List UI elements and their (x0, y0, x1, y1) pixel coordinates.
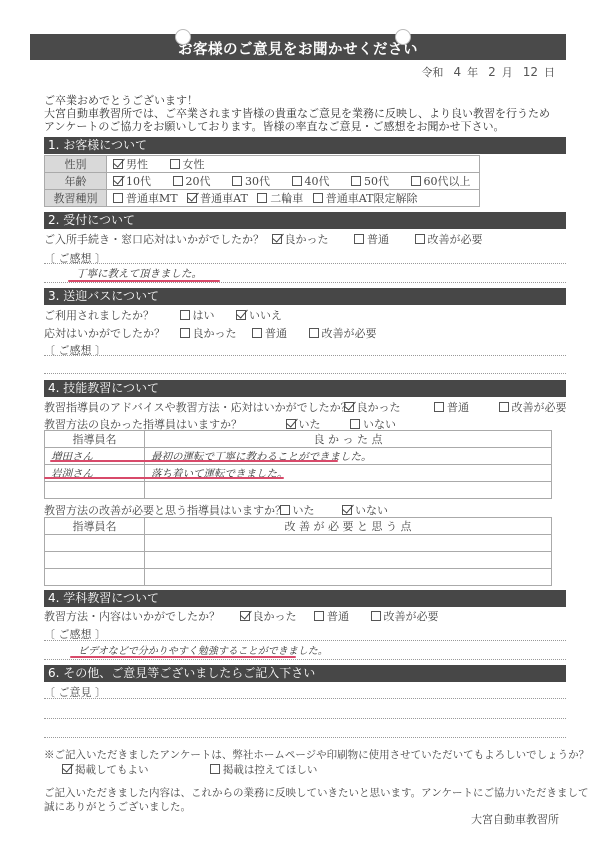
improve-instructor-option-yes[interactable]: いた (280, 502, 315, 518)
age-row: 年齢 10代 20代 30代 40代 50代 60代以上 (45, 173, 480, 190)
course-type-label: 教習種別 (45, 190, 107, 207)
bus-usage-question: ご利用されましたか？ (44, 307, 176, 323)
option-label: 改善が必要 (512, 401, 567, 414)
closing-line: ご記入いただきました内容は、これからの業務に反映していきたいと思います。アンケー… (44, 786, 589, 800)
option-label: 二輪車 (270, 192, 303, 205)
instructor-name-cell[interactable] (45, 535, 145, 552)
classroom-option-good[interactable]: 良かった (240, 608, 297, 624)
bus-service-option-good[interactable]: 良かった (180, 325, 237, 341)
classroom-option-normal[interactable]: 普通 (314, 608, 349, 624)
table-header-row: 指導員名 改 善 が 必 要 と 思 う 点 (45, 518, 552, 535)
instructor-advice-option-needs-improvement[interactable]: 改善が必要 (499, 399, 567, 415)
course-option-motorcycle[interactable]: 二輪車 (257, 190, 303, 206)
form-title: お客様のご意見をお聞かせください (30, 38, 566, 59)
instructor-advice-question: 教習指導員のアドバイスや教習方法・応対はいかがでしたか？ (44, 399, 340, 415)
checkbox-icon[interactable] (257, 193, 267, 203)
column-header-instructor: 指導員名 (45, 518, 145, 535)
checkbox-checked-icon[interactable] (342, 505, 352, 515)
section-other-opinions-header: 6. その他、ご意見等ございましたらご記入下さい (44, 665, 566, 682)
option-label: いない (355, 504, 388, 517)
checkbox-icon[interactable] (180, 328, 190, 338)
checkbox-icon[interactable] (173, 176, 183, 186)
table-row (45, 535, 552, 552)
table-row (45, 482, 552, 499)
date-month-value[interactable]: 2 (488, 65, 496, 79)
option-label: 60代以上 (424, 175, 471, 188)
course-option-at[interactable]: 普通車AT (187, 190, 248, 206)
bus-service-question: 応対はいかがでしたか？ (44, 325, 176, 341)
checkbox-icon[interactable] (113, 193, 123, 203)
checkbox-icon[interactable] (210, 764, 220, 774)
comment-line (44, 263, 566, 264)
age-option-10s[interactable]: 10代 (113, 173, 151, 189)
checkbox-icon[interactable] (252, 328, 262, 338)
checkbox-checked-icon[interactable] (113, 159, 123, 169)
option-label: いた (293, 504, 315, 517)
instructor-name-cell[interactable] (45, 482, 145, 499)
checkbox-icon[interactable] (434, 402, 444, 412)
course-option-mt[interactable]: 普通車MT (113, 190, 178, 206)
checkbox-icon[interactable] (313, 193, 323, 203)
instructor-advice-option-good[interactable]: 良かった (344, 399, 401, 415)
reception-comment[interactable]: 丁寧に教えて頂きました。 (76, 266, 202, 281)
closing-message: ご記入いただきました内容は、これからの業務に反映していきたいと思います。アンケー… (44, 786, 589, 814)
bus-usage-option-no[interactable]: いいえ (236, 307, 282, 323)
option-label: 良かった (357, 401, 401, 414)
date-day-value[interactable]: 12 (523, 65, 538, 79)
option-label: 普通 (367, 233, 389, 246)
column-header-instructor: 指導員名 (45, 431, 145, 448)
checkbox-icon[interactable] (415, 234, 425, 244)
punch-hole-right (395, 29, 411, 45)
comment-line (44, 718, 566, 719)
option-label: 改善が必要 (322, 327, 377, 340)
checkbox-icon[interactable] (180, 310, 190, 320)
table-row (45, 569, 552, 586)
instructor-name-cell[interactable] (45, 569, 145, 586)
option-label: 普通車AT (200, 192, 248, 205)
option-label: 40代 (305, 175, 330, 188)
school-signature: 大宮自動車教習所 (471, 811, 559, 827)
classroom-question: 教習方法・内容はいかがでしたか？ (44, 608, 236, 624)
checkbox-checked-icon[interactable] (240, 611, 250, 621)
option-label: 50代 (364, 175, 389, 188)
date-era: 令和 (421, 64, 443, 80)
checkbox-icon[interactable] (371, 611, 381, 621)
option-label: 改善が必要 (384, 610, 439, 623)
checkbox-icon[interactable] (411, 176, 421, 186)
good-point-cell[interactable] (145, 482, 552, 499)
column-header-good-points: 良 か っ た 点 (145, 431, 552, 448)
checkbox-icon[interactable] (292, 176, 302, 186)
option-label: 20代 (186, 175, 211, 188)
checkbox-icon[interactable] (354, 234, 364, 244)
reception-option-good[interactable]: 良かった (272, 231, 329, 247)
checkbox-checked-icon[interactable] (187, 193, 197, 203)
option-label: 10代 (126, 175, 151, 188)
comment-line (44, 373, 566, 374)
checkbox-icon[interactable] (350, 419, 360, 429)
option-label: 良かった (253, 610, 297, 623)
column-header-improvement-points: 改 善 が 必 要 と 思 う 点 (145, 518, 552, 535)
instructor-advice-row: 教習指導員のアドバイスや教習方法・応対はいかがでしたか？ 良かった 普通 改善が… (44, 399, 585, 415)
option-label: 普通車AT限定解除 (326, 192, 418, 205)
age-option-30s[interactable]: 30代 (232, 173, 270, 189)
age-option-20s[interactable]: 20代 (173, 173, 211, 189)
customer-info-table: 性別 男性 女性 年齢 10代 20代 30代 40代 50代 60代以上 教習… (44, 155, 480, 207)
checkbox-icon[interactable] (170, 159, 180, 169)
reception-option-needs-improvement[interactable]: 改善が必要 (415, 231, 483, 247)
table-row (45, 552, 552, 569)
table-header-row: 指導員名 良 か っ た 点 (45, 431, 552, 448)
checkbox-icon[interactable] (314, 611, 324, 621)
checkbox-icon[interactable] (351, 176, 361, 186)
option-label: 30代 (245, 175, 270, 188)
date-day-unit: 日 (544, 64, 555, 80)
option-label: 良かった (193, 327, 237, 340)
checkbox-checked-icon[interactable] (344, 402, 354, 412)
section-driving-lessons-header: 4. 技能教習について (44, 380, 566, 397)
date-month-unit: 月 (502, 64, 513, 80)
option-label: 男性 (126, 158, 148, 171)
bus-service-option-normal[interactable]: 普通 (252, 325, 287, 341)
handwritten-underline (44, 477, 284, 479)
course-type-row: 教習種別 普通車MT 普通車AT 二輪車 普通車AT限定解除 (45, 190, 480, 207)
reception-question-row: ご入所手続き・窓口応対はいかがでしたか？ 良かった 普通 改善が必要 (44, 231, 501, 247)
checkbox-checked-icon[interactable] (286, 419, 296, 429)
comment-line (44, 737, 566, 738)
section-reception-header: 2. 受付について (44, 212, 566, 229)
intro-line: ご卒業おめでとうございます！ (44, 94, 550, 107)
option-label: いいえ (249, 309, 282, 322)
gender-row: 性別 男性 女性 (45, 156, 480, 173)
option-label: 普通 (265, 327, 287, 340)
intro-line: アンケートのご協力をお願いしております。皆様の率直なご意見・ご感想をお聞かせ下さ… (44, 120, 550, 133)
improve-instructor-question: 教習方法の改善が必要と思う指導員はいますか？ (44, 502, 276, 518)
checkbox-checked-icon[interactable] (113, 176, 123, 186)
intro-line: 大宮自動車教習所では、ご卒業されます皆様の貴重なご意見を業務に反映し、より良い教… (44, 107, 550, 120)
comment-line (44, 355, 566, 356)
option-label: 改善が必要 (428, 233, 483, 246)
publication-consent-question: ※ご記入いただきましたアンケートは、弊社ホームページや印刷物に使用させていただい… (44, 748, 589, 762)
gender-option-male[interactable]: 男性 (113, 156, 148, 172)
classroom-option-needs-improvement[interactable]: 改善が必要 (371, 608, 439, 624)
improvement-point-cell[interactable] (145, 569, 552, 586)
handwritten-underline (70, 656, 296, 658)
comment-line (44, 698, 566, 699)
good-instructor-table: 指導員名 良 か っ た 点 増田さん 最初の運転で丁寧に教わることができました… (44, 430, 552, 499)
intro-text: ご卒業おめでとうございます！ 大宮自動車教習所では、ご卒業されます皆様の貴重なご… (44, 94, 550, 133)
form-title-bar: お客様のご意見をお聞かせください (30, 34, 566, 60)
checkbox-checked-icon[interactable] (62, 764, 72, 774)
option-label: 普通 (327, 610, 349, 623)
comment-line (44, 282, 566, 283)
consent-option-allow[interactable]: 掲載してもよい (62, 763, 149, 777)
bus-usage-row: ご利用されましたか？ はい いいえ (44, 307, 300, 323)
bus-service-row: 応対はいかがでしたか？ 良かった 普通 改善が必要 (44, 325, 395, 341)
improve-instructor-table: 指導員名 改 善 が 必 要 と 思 う 点 (44, 517, 552, 586)
checkbox-checked-icon[interactable] (272, 234, 282, 244)
comment-line (44, 659, 566, 660)
publication-consent-options: 掲載してもよい 掲載は控えてほしい (62, 763, 335, 777)
age-option-50s[interactable]: 50代 (351, 173, 389, 189)
checkbox-icon[interactable] (309, 328, 319, 338)
option-label: 女性 (183, 158, 205, 171)
gender-option-female[interactable]: 女性 (170, 156, 205, 172)
punch-hole-left (175, 29, 191, 45)
instructor-name-cell[interactable] (45, 552, 145, 569)
form-date: 令和4年2月12日 (421, 64, 555, 80)
date-year-unit: 年 (467, 64, 478, 80)
comment-line (44, 640, 566, 641)
option-label: 良かった (285, 233, 329, 246)
instructor-advice-option-normal[interactable]: 普通 (434, 399, 469, 415)
age-label: 年齢 (45, 173, 107, 190)
checkbox-icon[interactable] (499, 402, 509, 412)
classroom-question-row: 教習方法・内容はいかがでしたか？ 良かった 普通 改善が必要 (44, 608, 457, 624)
improvement-point-cell[interactable] (145, 535, 552, 552)
section-customer-header: 1. お客様について (44, 137, 566, 154)
option-label: 掲載してもよい (75, 764, 149, 776)
bus-service-option-needs-improvement[interactable]: 改善が必要 (309, 325, 377, 341)
improve-instructor-row: 教習方法の改善が必要と思う指導員はいますか？ いた いない (44, 502, 406, 518)
course-option-at-limit-removal[interactable]: 普通車AT限定解除 (313, 190, 418, 206)
section-shuttle-bus-header: 3. 送迎バスについて (44, 288, 566, 305)
consent-option-decline[interactable]: 掲載は控えてほしい (210, 763, 318, 777)
age-option-60s-plus[interactable]: 60代以上 (411, 173, 471, 189)
reception-option-normal[interactable]: 普通 (354, 231, 389, 247)
section-classroom-lessons-header: 4. 学科教習について (44, 590, 566, 607)
option-label: 掲載は控えてほしい (223, 764, 318, 776)
checkbox-icon[interactable] (280, 505, 290, 515)
improve-instructor-option-no[interactable]: いない (342, 502, 388, 518)
option-label: 普通車MT (126, 192, 178, 205)
option-label: 普通 (447, 401, 469, 414)
gender-label: 性別 (45, 156, 107, 173)
date-year-value[interactable]: 4 (453, 65, 461, 79)
improvement-point-cell[interactable] (145, 552, 552, 569)
checkbox-checked-icon[interactable] (236, 310, 246, 320)
age-option-40s[interactable]: 40代 (292, 173, 330, 189)
classroom-comment[interactable]: ビデオなどで分かりやすく勉強することができました。 (78, 642, 328, 657)
checkbox-icon[interactable] (232, 176, 242, 186)
option-label: はい (193, 309, 215, 322)
bus-usage-option-yes[interactable]: はい (180, 307, 215, 323)
reception-question: ご入所手続き・窓口応対はいかがでしたか？ (44, 231, 268, 247)
handwritten-underline (50, 460, 338, 462)
